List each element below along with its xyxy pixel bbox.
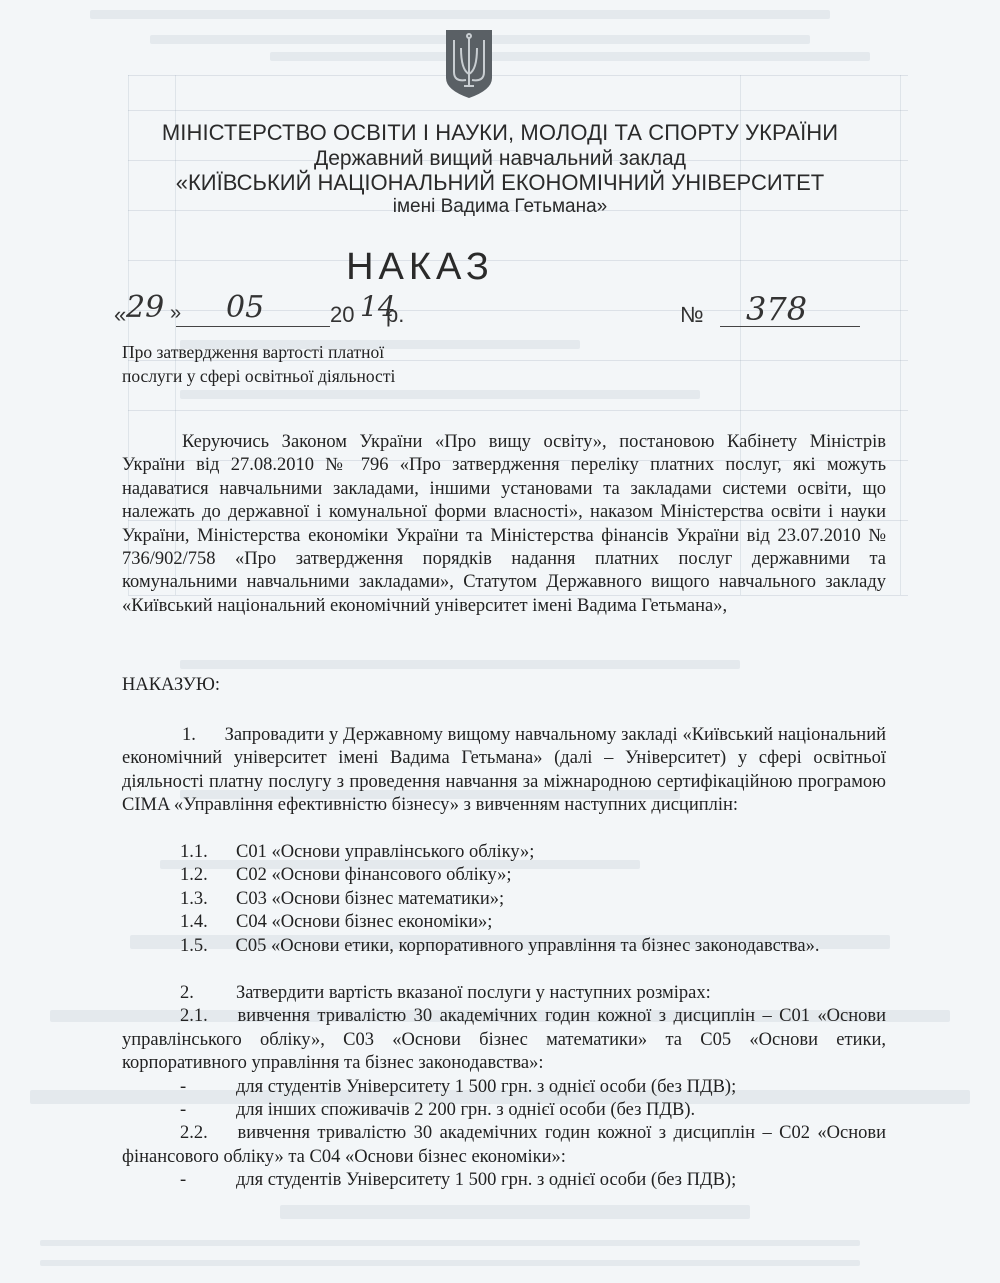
order-item-body: Затвердити вартість вказаної послуги у н… [236,982,711,1005]
scanned-order-page: МІНІСТЕРСТВО ОСВІТИ І НАУКИ, МОЛОДІ ТА С… [0,0,1000,1283]
order-item-2: 2. Затвердити вартість вказаної послуги … [122,982,886,1193]
preamble: Керуючись Законом України «Про вищу осві… [122,431,886,618]
discipline-list: 1.1. C01 «Основи управлінського обліку»;… [122,841,886,958]
clause-number: 2.1. [180,1006,208,1026]
price-clause: 2.2. вивчення тривалістю 30 академічних … [122,1122,886,1169]
list-item: 1.3. C03 «Основи бізнес математики»; [122,888,886,911]
price-text: для студентів Університету 1 500 грн. з … [236,1076,736,1099]
bullet-dash: - [180,1169,186,1192]
price-item: - для студентів Університету 1 500 грн. … [122,1169,886,1192]
year-prefix: 20 [330,302,354,328]
price-clause: 2.1. вивчення тривалістю 30 академічних … [122,1005,886,1075]
list-item-number: 1.4. [180,911,208,934]
price-item: - для інших споживачів 2 200 грн. з одні… [122,1099,886,1122]
list-item-text: C05 «Основи етики, корпоративного управл… [236,936,820,956]
list-item-number: 1.3. [180,888,208,911]
university-name: «КИЇВСЬКИЙ НАЦІОНАЛЬНИЙ ЕКОНОМІЧНИЙ УНІВ… [100,170,900,196]
handwritten-day: 29 [126,290,164,325]
price-text: для студентів Університету 1 500 грн. з … [236,1169,736,1192]
clause-number: 2.2. [180,1123,208,1143]
handwritten-number: 378 [746,290,807,328]
list-item: 1.4. C04 «Основи бізнес економіки»; [122,911,886,934]
list-item-number: 1.2. [180,864,208,887]
list-item-text: C02 «Основи фінансового обліку»; [236,864,512,887]
order-item-number: 2. [180,982,194,1005]
month-underline [176,326,330,327]
order-item-line: 2. Затвердити вартість вказаної послуги … [122,982,886,1005]
list-item: 1.2. C02 «Основи фінансового обліку»; [122,864,886,887]
order-subject: Про затвердження вартості платної послуг… [122,340,542,388]
list-item-text: C03 «Основи бізнес математики»; [236,888,504,911]
list-item-text: C01 «Основи управлінського обліку»; [236,841,534,864]
ukraine-coat-of-arms-icon [444,28,494,100]
order-item-number: 1. [182,725,196,745]
order-item-1: 1. Запровадити у Державному вищому навча… [122,724,886,818]
order-item-body: Запровадити у Державному вищому навчальн… [122,725,886,815]
institution-type: Державний вищий навчальний заклад [100,147,900,171]
order-item-text: 1. Запровадити у Державному вищому навча… [122,724,886,818]
price-item: - для студентів Університету 1 500 грн. … [122,1076,886,1099]
order-title: НАКАЗ [260,246,580,289]
year-suffix: р. [386,302,404,328]
price-text: для інших споживачів 2 200 грн. з однієї… [236,1099,695,1122]
handwritten-month: 05 [226,290,264,325]
ministry-name: МІНІСТЕРСТВО ОСВІТИ І НАУКИ, МОЛОДІ ТА С… [100,120,900,146]
subject-line: Про затвердження вартості платної [122,340,542,364]
subject-line: послуги у сфері освітньої діяльності [122,364,542,388]
orders-label: НАКАЗУЮ: [122,675,220,696]
list-item: 1.1. C01 «Основи управлінського обліку»; [122,841,886,864]
list-item-text: C04 «Основи бізнес економіки»; [236,911,492,934]
preamble-text: Керуючись Законом України «Про вищу осві… [122,431,886,618]
clause-text: вивчення тривалістю 30 академічних годин… [122,1006,886,1073]
date-close-quote: » [170,302,181,325]
clause-text: вивчення тривалістю 30 академічних годин… [122,1123,886,1166]
order-number: № 378 [680,290,860,334]
list-item: 1.5. C05 «Основи етики, корпоративного у… [122,935,886,958]
number-sign: № [680,302,704,328]
list-item-number: 1.5. [180,936,208,956]
university-name-suffix: імені Вадима Гетьмана» [100,196,900,218]
list-item-number: 1.1. [180,841,208,864]
date-open-quote: « [114,302,126,328]
bullet-dash: - [180,1099,186,1122]
bullet-dash: - [180,1076,186,1099]
